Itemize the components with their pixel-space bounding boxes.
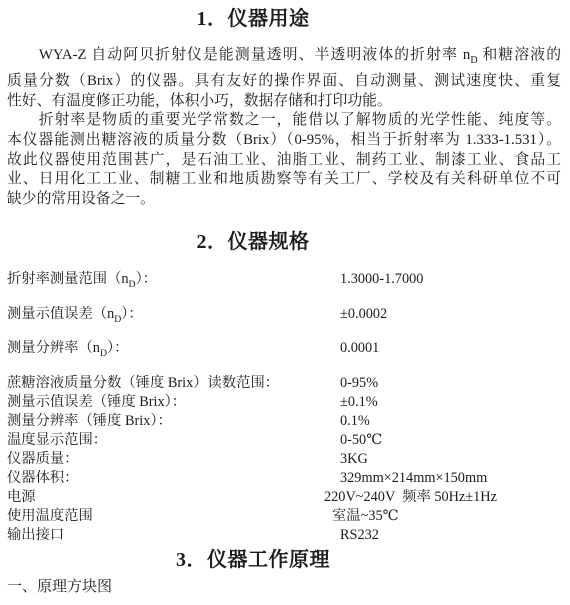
- spec-label: 使用温度范围: [7, 508, 340, 525]
- spec-value: 220V~240V 频率 50Hz±1Hz: [324, 489, 497, 506]
- section-1-title: 1．仪器用途: [0, 7, 506, 31]
- spec-label: 测量分辨率（锤度 Brix）：: [7, 413, 340, 430]
- spec-row: 仪器体积：329mm×214mm×150mm: [7, 470, 563, 489]
- spec-value: 0.1%: [340, 413, 370, 430]
- spec-row: 折射率测量范围（nD）：1.3000-1.7000: [7, 271, 563, 306]
- spec-value: 1.3000-1.7000: [340, 271, 423, 288]
- spec-row: 测量分辨率（锤度 Brix）：0.1%: [7, 413, 563, 432]
- spec-label: 测量示值误差（nD）：: [7, 306, 340, 323]
- spec-row: 温度显示范围：0-50℃: [7, 432, 563, 451]
- spec-label: 温度显示范围：: [7, 432, 340, 449]
- spec-row: 使用温度范围室温~35℃: [7, 508, 563, 527]
- section-2-title: 2．仪器规格: [0, 230, 506, 254]
- spec-value: 0.0001: [340, 340, 379, 357]
- spec-label: 输出接口: [7, 527, 340, 544]
- paragraph-line: 故此仪器使用范围甚广，是石油工业、油脂工业、制药工业、制漆工业、食品工: [7, 151, 561, 171]
- paragraph-line: 折射率是物质的重要光学常数之一，能借以了解物质的光学性能、纯度等。: [7, 111, 561, 131]
- paragraph-line: WYA-Z 自动阿贝折射仪是能测量透明、半透明液体的折射率 nD 和糖溶液的: [7, 46, 561, 66]
- spec-label: 仪器体积：: [7, 470, 340, 487]
- paragraph-line: 质量分数（Brix）的仪器。具有友好的操作界面、自动测量、测试速度快、重复: [7, 72, 561, 92]
- spec-label: 蔗糖溶液质量分数（锤度 Brix）读数范围：: [7, 375, 340, 392]
- spec-row: 仪器质量：3KG: [7, 451, 563, 470]
- spec-value: 0-50℃: [340, 432, 382, 449]
- spec-row: 测量示值误差（锤度 Brix）：±0.1%: [7, 394, 563, 413]
- paragraph-line: 缺少的常用设备之一。: [7, 190, 561, 210]
- paragraph-line: 业、日用化工工业、制糖工业和地质勘察等有关工厂、学校及有关科研单位不可: [7, 170, 561, 190]
- manual-page: 1．仪器用途 WYA-Z 自动阿贝折射仪是能测量透明、半透明液体的折射率 nD …: [0, 0, 570, 605]
- spec-row: 测量分辨率（nD）：0.0001: [7, 340, 563, 375]
- spec-value: 3KG: [340, 451, 368, 468]
- section-3-title: 3．仪器工作原理: [0, 548, 506, 572]
- spec-label: 测量示值误差（锤度 Brix）：: [7, 394, 340, 411]
- intro-paragraphs: WYA-Z 自动阿贝折射仪是能测量透明、半透明液体的折射率 nD 和糖溶液的质量…: [7, 46, 561, 210]
- spec-table: 折射率测量范围（nD）：1.3000-1.7000测量示值误差（nD）：±0.0…: [7, 271, 563, 546]
- spec-value: 室温~35℃: [332, 508, 399, 525]
- principle-block-diagram-subheading: 一、原理方块图: [7, 578, 112, 596]
- paragraph-line: 本仪器能测出糖溶液的质量分数（Brix）（0-95%，相当于折射率为 1.333…: [7, 131, 561, 151]
- spec-label: 仪器质量：: [7, 451, 340, 468]
- spec-row: 电源220V~240V 频率 50Hz±1Hz: [7, 489, 563, 508]
- spec-label: 测量分辨率（nD）：: [7, 340, 340, 357]
- spec-label: 电源: [7, 489, 340, 506]
- spec-row: 蔗糖溶液质量分数（锤度 Brix）读数范围：0-95%: [7, 375, 563, 394]
- spec-value: ±0.0002: [340, 306, 387, 323]
- spec-value: RS232: [340, 527, 379, 544]
- spec-value: 329mm×214mm×150mm: [340, 470, 487, 487]
- spec-row: 测量示值误差（nD）：±0.0002: [7, 306, 563, 341]
- spec-label: 折射率测量范围（nD）：: [7, 271, 340, 288]
- paragraph-line: 性好、有温度修正功能，体积小巧，数据存储和打印功能。: [7, 92, 561, 112]
- spec-value: 0-95%: [340, 375, 378, 392]
- spec-value: ±0.1%: [340, 394, 378, 411]
- spec-row: 输出接口RS232: [7, 527, 563, 546]
